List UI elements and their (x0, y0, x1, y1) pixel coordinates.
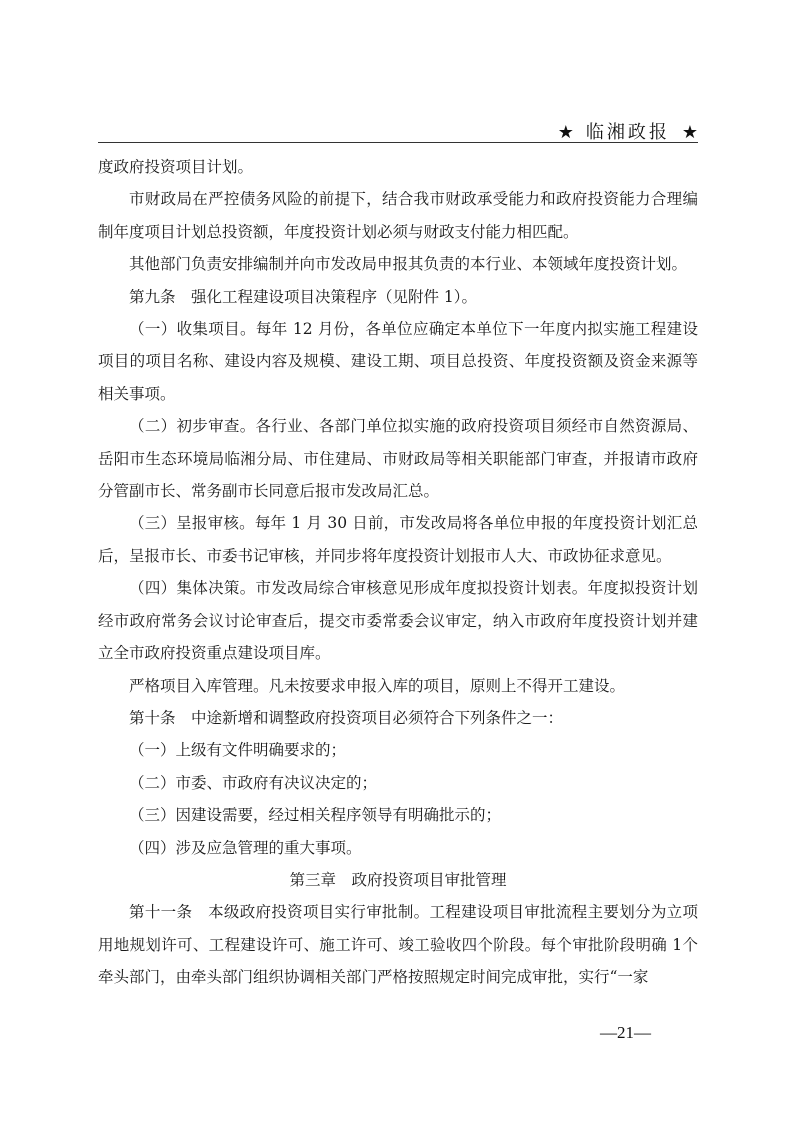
article-9-item-3: （三）呈报审核。每年 1 月 30 日前，市发改局将各单位申报的年度投资计划汇总… (98, 507, 698, 572)
article-9-heading: 第九条 强化工程建设项目决策程序（见附件 1）。 (98, 281, 698, 313)
document-body: 度政府投资项目计划。 市财政局在严控债务风险的前提下，结合我市财政承受能力和政府… (98, 151, 698, 994)
paragraph-finance-bureau: 市财政局在严控债务风险的前提下，结合我市财政承受能力和政府投资能力合理编制年度项… (98, 183, 698, 248)
article-10-item-4: （四）涉及应急管理的重大事项。 (98, 832, 698, 864)
article-10-item-3: （三）因建设需要，经过相关程序领导有明确批示的； (98, 799, 698, 831)
paragraph-project-library: 严格项目入库管理。凡未按要求申报入库的项目，原则上不得开工建设。 (98, 670, 698, 702)
paragraph-continuation: 度政府投资项目计划。 (98, 151, 698, 183)
publication-title: 临湘政报 (586, 122, 670, 143)
article-9-item-2: （二）初步审查。各行业、各部门单位拟实施的政府投资项目须经市自然资源局、岳阳市生… (98, 410, 698, 507)
article-11: 第十一条 本级政府投资项目实行审批制。工程建设项目审批流程主要划分为立项用地规划… (98, 896, 698, 993)
article-9-item-1: （一）收集项目。每年 12 月份，各单位应确定本单位下一年度内拟实施工程建设项目… (98, 313, 698, 410)
article-10-heading: 第十条 中途新增和调整政府投资项目必须符合下列条件之一： (98, 702, 698, 734)
chapter-heading: 第三章 政府投资项目审批管理 (98, 864, 698, 896)
star-icon: ★ (682, 122, 698, 143)
page-number: —21— (600, 1023, 651, 1043)
article-9-item-4: （四）集体决策。市发改局综合审核意见形成年度拟投资计划表。年度拟投资计划经市政府… (98, 572, 698, 669)
article-10-item-2: （二）市委、市政府有决议决定的； (98, 767, 698, 799)
header-rule (98, 142, 698, 143)
article-10-item-1: （一）上级有文件明确要求的； (98, 734, 698, 766)
running-header: ★临湘政报★ (98, 118, 698, 142)
paragraph-other-departments: 其他部门负责安排编制并向市发改局申报其负责的本行业、本领域年度投资计划。 (98, 248, 698, 280)
star-icon: ★ (558, 122, 574, 143)
